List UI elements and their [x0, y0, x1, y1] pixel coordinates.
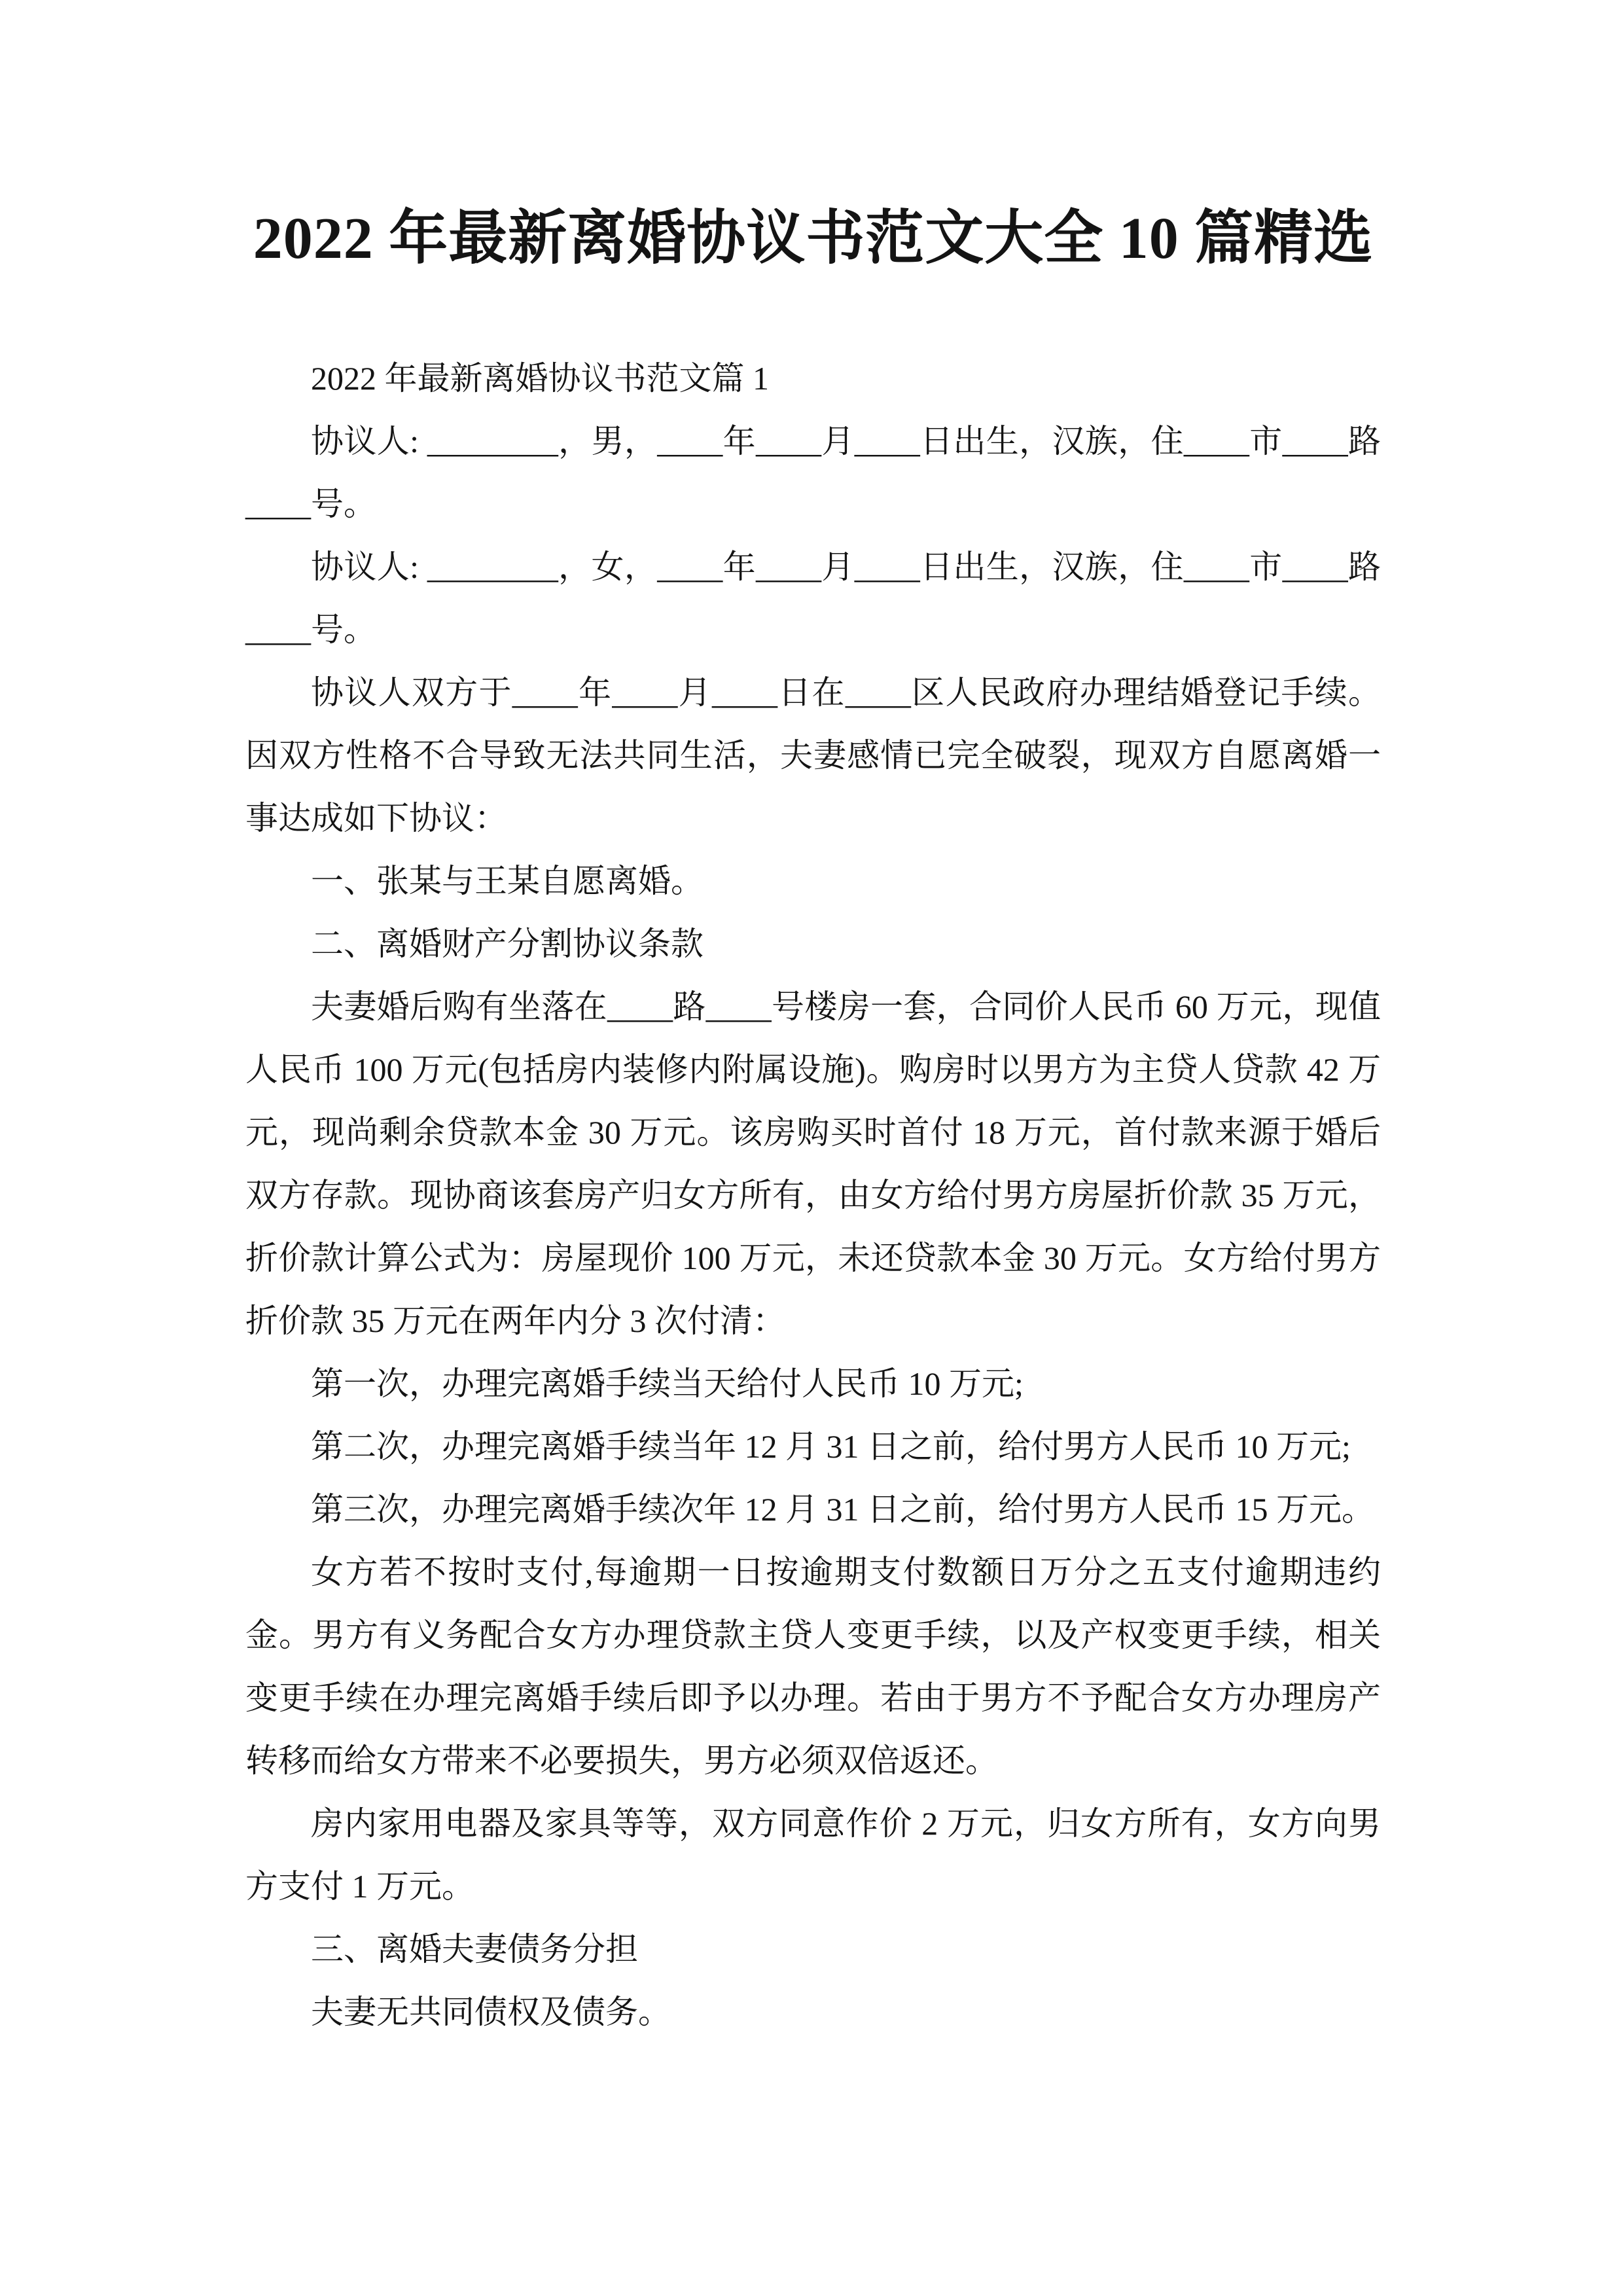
paragraph: 协议人双方于____年____月____日在____区人民政府办理结婚登记手续。… — [245, 661, 1381, 850]
paragraph: 一、张某与王某自愿离婚。 — [245, 850, 1381, 912]
paragraph: 协议人: ________，男，____年____月____日出生，汉族，住__… — [245, 410, 1381, 535]
document-page: 2022 年最新离婚协议书范文大全 10 篇精选 2022 年最新离婚协议书范文… — [0, 0, 1623, 2296]
paragraph: 三、离婚夫妻债务分担 — [245, 1918, 1381, 1981]
document-title: 2022 年最新离婚协议书范文大全 10 篇精选 — [245, 196, 1381, 281]
paragraph: 2022 年最新离婚协议书范文篇 1 — [245, 347, 1381, 410]
paragraph: 协议人: ________，女，____年____月____日出生，汉族，住__… — [245, 535, 1381, 661]
paragraph: 夫妻婚后购有坐落在____路____号楼房一套，合同价人民币 60 万元，现值人… — [245, 975, 1381, 1352]
paragraph: 第一次，办理完离婚手续当天给付人民币 10 万元; — [245, 1352, 1381, 1415]
paragraph: 房内家用电器及家具等等，双方同意作价 2 万元，归女方所有，女方向男方支付 1 … — [245, 1792, 1381, 1918]
paragraph: 女方若不按时支付,每逾期一日按逾期支付数额日万分之五支付逾期违约金。男方有义务配… — [245, 1541, 1381, 1792]
paragraph: 第三次，办理完离婚手续次年 12 月 31 日之前，给付男方人民币 15 万元。 — [245, 1478, 1381, 1541]
document-body: 2022 年最新离婚协议书范文篇 1协议人: ________，男，____年_… — [245, 347, 1381, 2043]
paragraph: 第二次，办理完离婚手续当年 12 月 31 日之前，给付男方人民币 10 万元; — [245, 1415, 1381, 1478]
paragraph: 二、离婚财产分割协议条款 — [245, 912, 1381, 975]
paragraph: 夫妻无共同债权及债务。 — [245, 1981, 1381, 2043]
